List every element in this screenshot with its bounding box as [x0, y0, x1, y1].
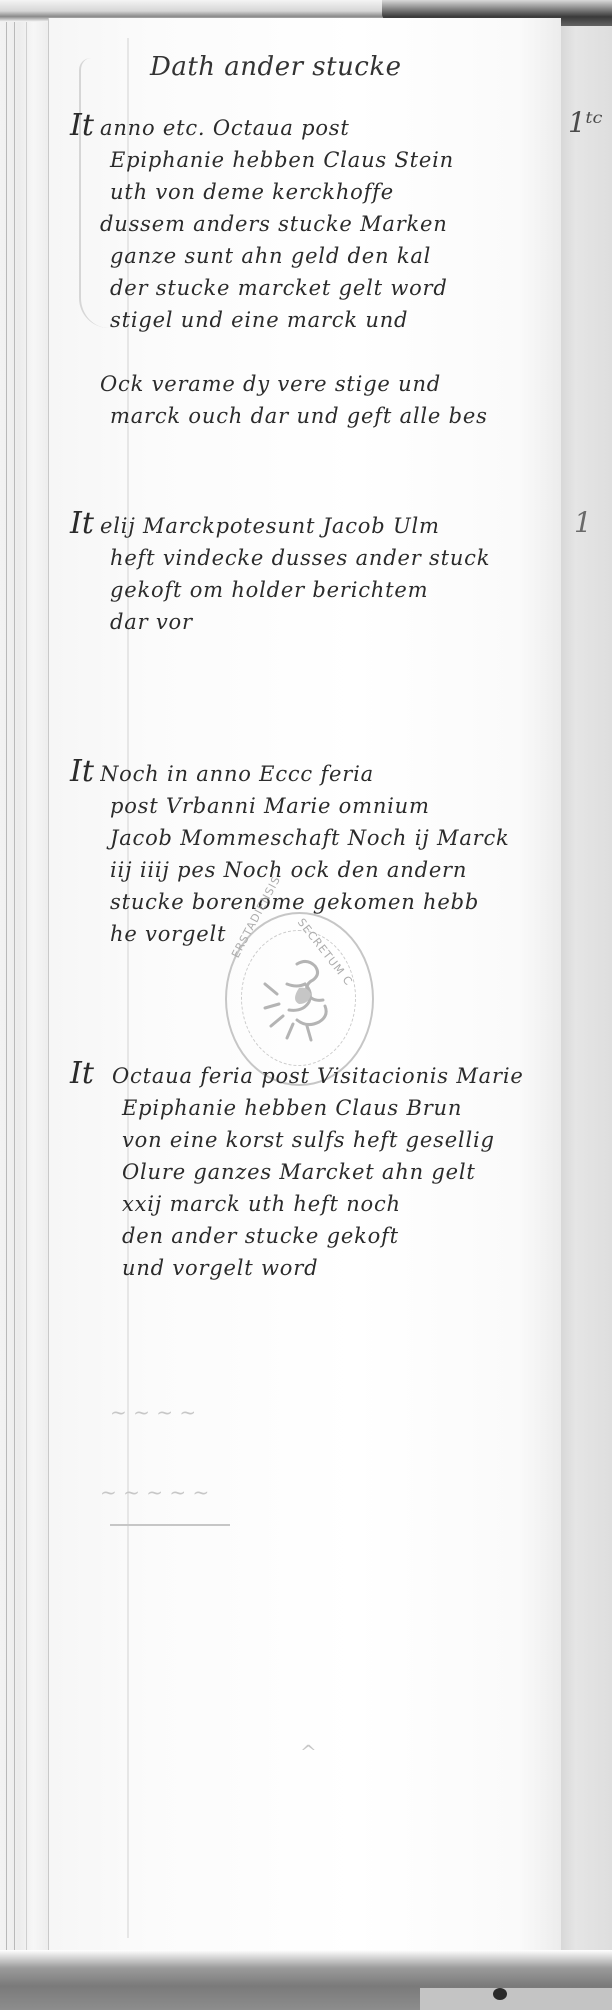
entry-line: von eine korst sulfs heft gesellig	[112, 1124, 582, 1156]
margin-mark: 1	[574, 506, 592, 539]
entry-line: heft vindecke dusses ander stuck	[100, 542, 570, 574]
bottom-book-edge-right	[420, 1988, 612, 2010]
page-edge-line	[26, 20, 27, 1980]
entry-line: gekoft om holder berichtem	[100, 574, 570, 606]
entry-line: elij Marckpotesunt Jacob Ulm	[100, 510, 570, 542]
entry-line: uth von deme kerckhoffe	[100, 176, 570, 208]
entry-line: der stucke marcket gelt word	[100, 272, 570, 304]
entry-line: und vorgelt word	[112, 1252, 582, 1284]
book-block-left-edge	[0, 0, 48, 2010]
entry-line: ganze sunt ahn geld den kal	[100, 240, 570, 272]
entry-line: den ander stucke gekoft	[112, 1220, 582, 1252]
bleed-through-ink: ^	[300, 1740, 317, 1764]
manuscript-entry: It anno etc. Octaua post Epiphanie hebbe…	[100, 112, 570, 336]
entry-line: marck ouch dar und geft alle bes	[100, 400, 570, 432]
binding-notch	[493, 1988, 507, 2000]
item-marker: It	[70, 754, 94, 789]
bleed-through-ink: ~ ~ ~ ~	[110, 1400, 196, 1424]
entry-line: Octaua feria post Visitacionis Marie	[112, 1060, 582, 1092]
entry-line: stigel und eine marck und	[100, 304, 570, 336]
entry-line: iij iiij pes Noch ock den andern	[100, 854, 570, 886]
lion-icon	[257, 954, 342, 1044]
item-marker: It	[70, 108, 94, 143]
entry-line: Olure ganzes Marcket ahn gelt	[112, 1156, 582, 1188]
manuscript-entry: It Noch in anno Eccc feria post Vrbanni …	[100, 758, 570, 950]
page-edge-line	[6, 20, 7, 1980]
item-marker: It	[70, 1056, 94, 1091]
item-marker: It	[70, 506, 94, 541]
entry-line: dar vor	[100, 606, 570, 638]
page-edge-line	[14, 20, 15, 1980]
ink-smudge	[110, 1524, 230, 1526]
page-heading: Dath ander stucke	[150, 52, 402, 82]
entry-line: anno etc. Octaua post	[100, 112, 570, 144]
manuscript-entry: Ock verame dy vere stige und marck ouch …	[100, 368, 570, 432]
manuscript-entry: It elij Marckpotesunt Jacob Ulm heft vin…	[100, 510, 570, 638]
manuscript-entry: It Octaua feria post Visitacionis Marie …	[112, 1060, 582, 1284]
entry-line: Epiphanie hebben Claus Stein	[100, 144, 570, 176]
entry-line: dussem anders stucke Marken	[100, 208, 570, 240]
margin-mark: 1ᵗᶜ	[568, 106, 603, 139]
bleed-through-ink: ~ ~ ~ ~ ~	[100, 1480, 209, 1504]
entry-line: Jacob Mommeschaft Noch ij Marck	[100, 822, 570, 854]
entry-line: Epiphanie hebben Claus Brun	[112, 1092, 582, 1124]
entry-line: xxij marck uth heft noch	[112, 1188, 582, 1220]
entry-line: post Vrbanni Marie omnium	[100, 790, 570, 822]
entry-line: Noch in anno Eccc feria	[100, 758, 570, 790]
entry-line: Ock verame dy vere stige und	[100, 368, 570, 400]
entry-line: stucke borenome gekomen hebb	[100, 886, 570, 918]
